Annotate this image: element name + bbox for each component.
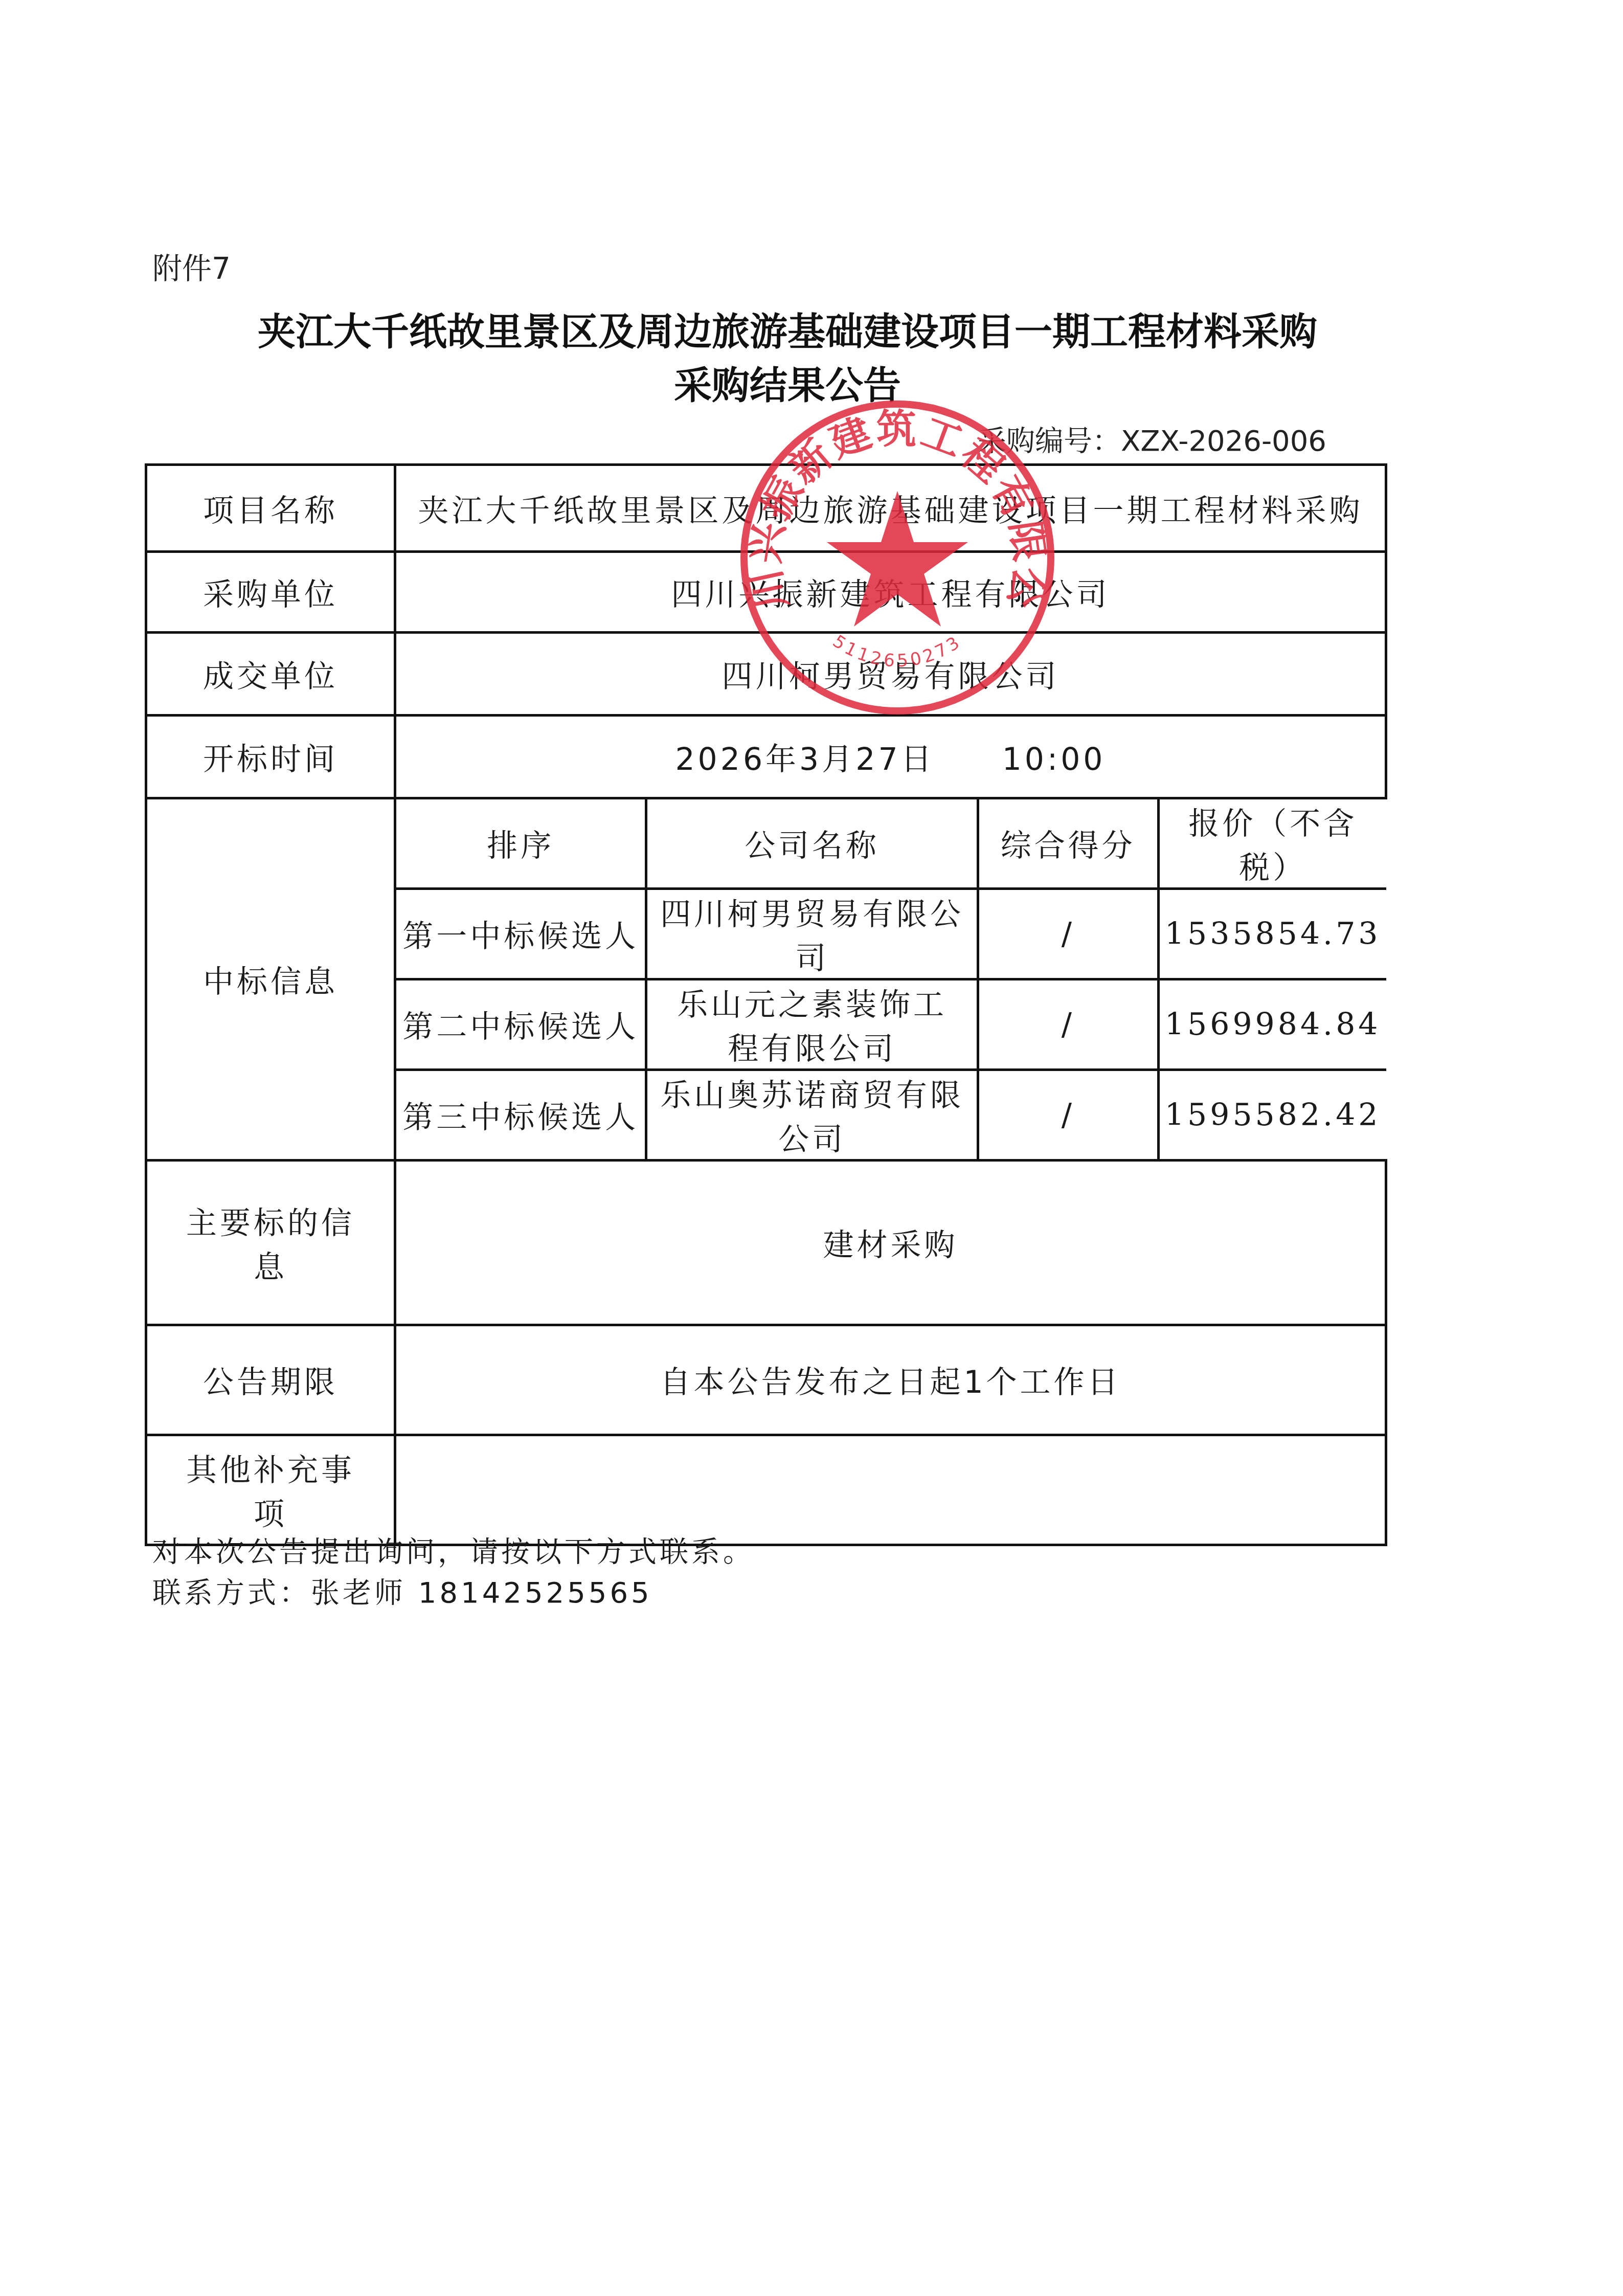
score-cell: /: [978, 979, 1158, 1070]
rank-cell: 第二中标候选人: [396, 979, 646, 1070]
other-value: [395, 1435, 1386, 1545]
row-other: 其他补充事项: [146, 1435, 1386, 1545]
row-project-name: 项目名称 夹江大千纸故里景区及周边旅游基础建设项目一期工程材料采购: [146, 465, 1386, 552]
row-bid-info: 中标信息 排序 公司名称 综合得分 报价（不含税） 第一中标候选人 四川柯男贸易…: [146, 798, 1386, 1161]
row-winner: 成交单位 四川柯男贸易有限公司: [146, 633, 1386, 716]
table-row: 第一中标候选人 四川柯男贸易有限公司 / 1535854.73: [396, 889, 1386, 979]
subject-label: 主要标的信息: [146, 1161, 395, 1325]
bid-candidates-table: 排序 公司名称 综合得分 报价（不含税） 第一中标候选人 四川柯男贸易有限公司 …: [396, 799, 1386, 1159]
contact-text: 联系方式：张老师 18142525565: [152, 1570, 652, 1611]
company-cell: 乐山元之素装饰工程有限公司: [646, 979, 978, 1070]
attachment-label: 附件7: [152, 244, 231, 287]
price-cell: 1569984.84: [1158, 979, 1386, 1070]
row-purchaser: 采购单位 四川兴振新建筑工程有限公司: [146, 552, 1386, 633]
col-company: 公司名称: [646, 799, 978, 889]
document-title: 夹江大千纸故里景区及周边旅游基础建设项目一期工程材料采购: [20, 302, 1554, 356]
winner-value: 四川柯男贸易有限公司: [395, 633, 1386, 716]
price-cell: 1595582.42: [1158, 1070, 1386, 1160]
row-period: 公告期限 自本公告发布之日起1个工作日: [146, 1325, 1386, 1435]
document-subtitle: 采购结果公告: [20, 355, 1554, 410]
col-price: 报价（不含税）: [1158, 799, 1386, 889]
bid-info-label: 中标信息: [146, 798, 395, 1161]
period-value: 自本公告发布之日起1个工作日: [395, 1325, 1386, 1435]
table-row: 第二中标候选人 乐山元之素装饰工程有限公司 / 1569984.84: [396, 979, 1386, 1070]
announcement-table: 项目名称 夹江大千纸故里景区及周边旅游基础建设项目一期工程材料采购 采购单位 四…: [145, 463, 1387, 1546]
period-label: 公告期限: [146, 1325, 395, 1435]
row-open-time: 开标时间 2026年3月27日 10:00: [146, 716, 1386, 798]
purchaser-label: 采购单位: [146, 552, 395, 633]
score-cell: /: [978, 1070, 1158, 1160]
rank-cell: 第一中标候选人: [396, 889, 646, 979]
col-score: 综合得分: [978, 799, 1158, 889]
col-rank: 排序: [396, 799, 646, 889]
procurement-number: 采购编号：XZX-2026-006: [978, 418, 1326, 459]
project-name-label: 项目名称: [146, 465, 395, 552]
row-subject: 主要标的信息 建材采购: [146, 1161, 1386, 1325]
winner-label: 成交单位: [146, 633, 395, 716]
open-time-label: 开标时间: [146, 716, 395, 798]
score-cell: /: [978, 889, 1158, 979]
price-cell: 1535854.73: [1158, 889, 1386, 979]
other-label: 其他补充事项: [146, 1435, 395, 1545]
rank-cell: 第三中标候选人: [396, 1070, 646, 1160]
inquiry-text: 对本次公告提出询问，请按以下方式联系。: [152, 1529, 755, 1570]
bid-header-row: 排序 公司名称 综合得分 报价（不含税）: [396, 799, 1386, 889]
company-cell: 乐山奥苏诺商贸有限公司: [646, 1070, 978, 1160]
project-name-value: 夹江大千纸故里景区及周边旅游基础建设项目一期工程材料采购: [395, 465, 1386, 552]
subject-value: 建材采购: [395, 1161, 1386, 1325]
company-cell: 四川柯男贸易有限公司: [646, 889, 978, 979]
purchaser-value: 四川兴振新建筑工程有限公司: [395, 552, 1386, 633]
open-time-value: 2026年3月27日 10:00: [395, 716, 1386, 798]
table-row: 第三中标候选人 乐山奥苏诺商贸有限公司 / 1595582.42: [396, 1070, 1386, 1160]
